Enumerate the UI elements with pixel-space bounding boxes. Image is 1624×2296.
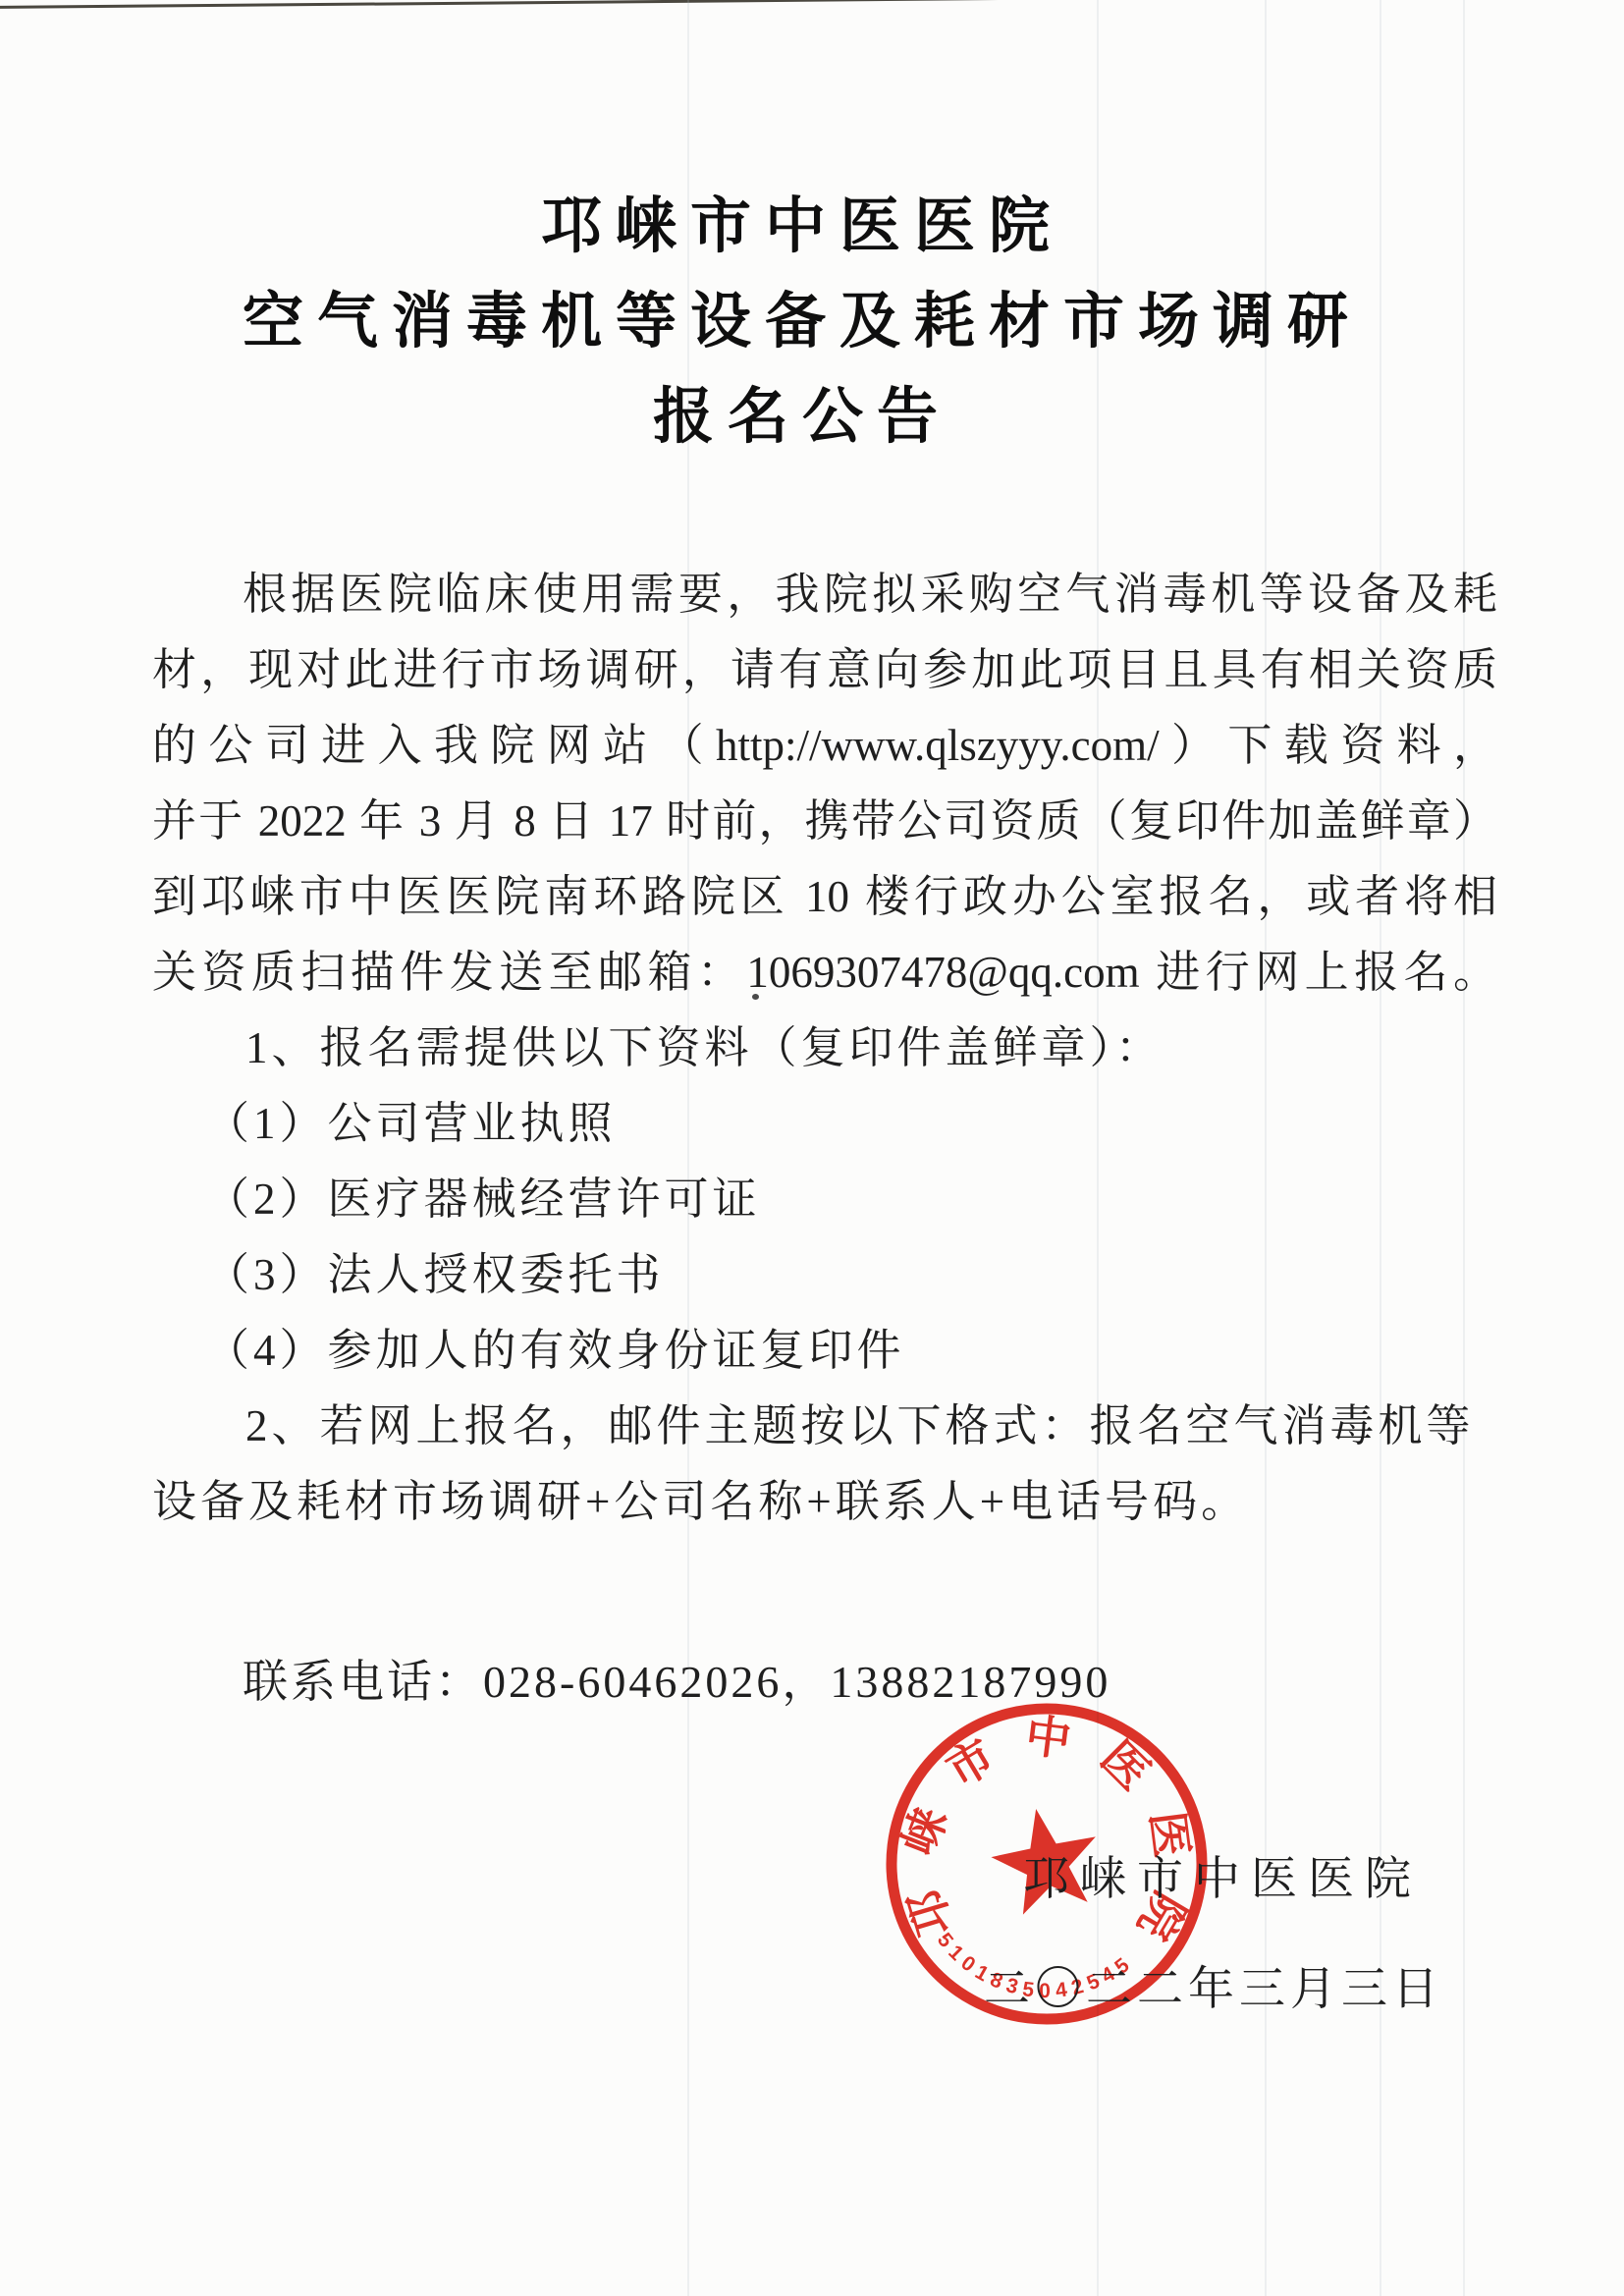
body-line: 关资质扫描件发送至邮箱：1069307478@qq.com 进行网上报名。 (152, 935, 1497, 1011)
body-line: 1、报名需提供以下资料（复印件盖鲜章）： (152, 1011, 1497, 1086)
body-line: （1）公司营业执照 (152, 1086, 1497, 1162)
title-line-notice: 报名公告 (0, 369, 1604, 465)
body-line: （3）法人授权委托书 (152, 1237, 1497, 1313)
body-line: 的公司进入我院网站（http://www.qlszyyy.com/）下载资料， (152, 708, 1497, 784)
body-line: 根据医院临床使用需要，我院拟采购空气消毒机等设备及耗 (152, 557, 1497, 632)
body-line: 2、若网上报名，邮件主题按以下格式：报名空气消毒机等 (152, 1389, 1497, 1464)
document-title: 邛崃市中医医院 空气消毒机等设备及耗材市场调研 报名公告 (0, 179, 1604, 465)
signature-date: 二〇二二年三月三日 (984, 1952, 1443, 2028)
title-line-hospital: 邛崃市中医医院 (0, 179, 1604, 274)
document-body: 根据医院临床使用需要，我院拟采购空气消毒机等设备及耗 材，现对此进行市场调研，请… (152, 557, 1497, 1540)
body-line: 材，现对此进行市场调研，请有意向参加此项目且具有相关资质 (152, 632, 1497, 708)
body-line: 到邛崃市中医医院南环路院区 10 楼行政办公室报名，或者将相 (152, 859, 1497, 935)
body-line: 设备及耗材市场调研+公司名称+联系人+电话号码。 (152, 1464, 1497, 1540)
body-line: （2）医疗器械经营许可证 (152, 1162, 1497, 1237)
scan-edge-artifact (0, 0, 1088, 9)
body-line: 并于 2022 年 3 月 8 日 17 时前，携带公司资质（复印件加盖鲜章） (152, 784, 1497, 859)
title-line-project: 空气消毒机等设备及耗材市场调研 (0, 274, 1604, 369)
announcement-page: 邛崃市中医医院 空气消毒机等设备及耗材市场调研 报名公告 根据医院临床使用需要，… (0, 0, 1624, 2296)
body-line: （4）参加人的有效身份证复印件 (152, 1313, 1497, 1389)
signature-hospital-name: 邛崃市中医医院 (1023, 1842, 1422, 1918)
